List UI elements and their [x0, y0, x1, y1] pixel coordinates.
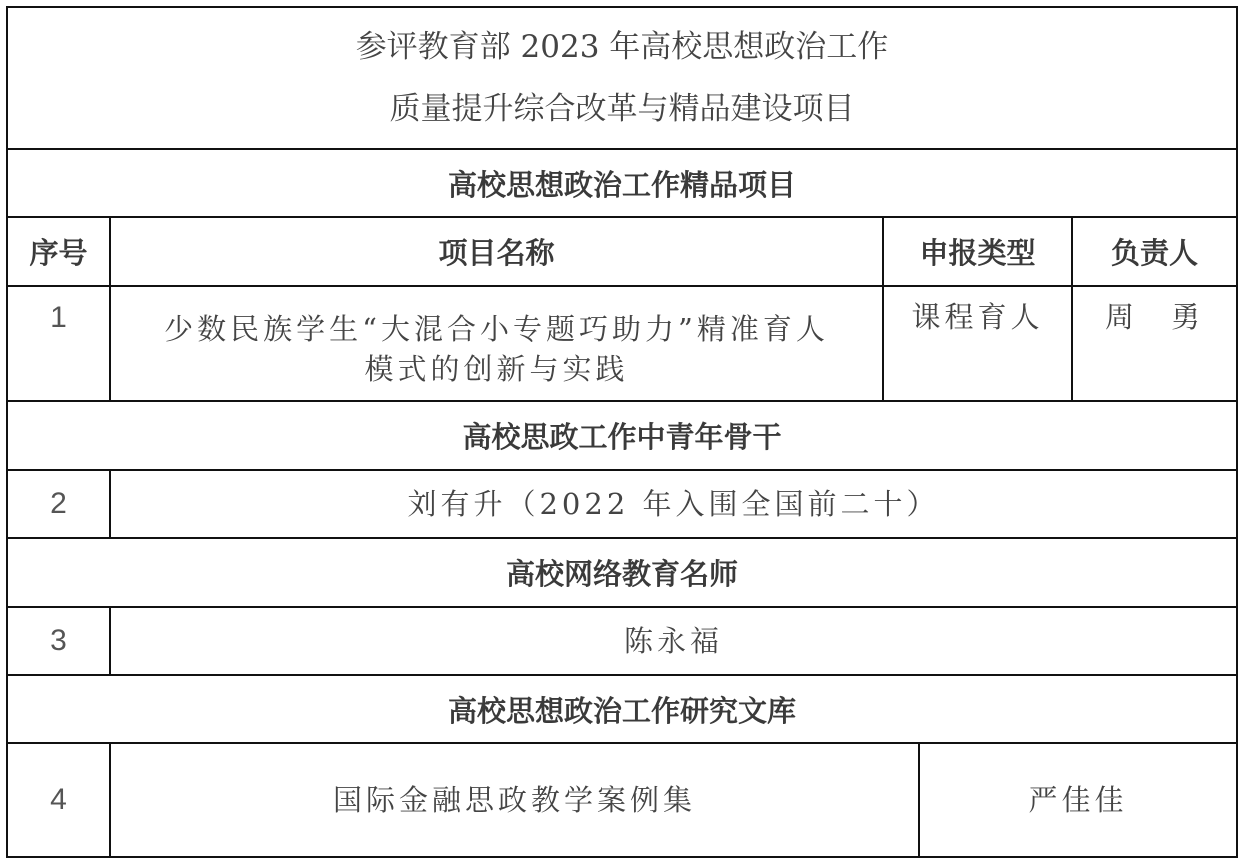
- table-title: 参评教育部 2023 年高校思想政治工作 质量提升综合改革与精品建设项目: [8, 8, 1236, 148]
- section-heading: 高校思想政治工作精品项目: [8, 150, 1236, 216]
- title-line-2: 质量提升综合改革与精品建设项目: [390, 84, 855, 134]
- section-heading: 高校思想政治工作研究文库: [8, 676, 1236, 742]
- section-heading-row: 高校思想政治工作精品项目: [8, 150, 1236, 218]
- row-index: 1: [8, 287, 111, 400]
- column-header-leader: 负责人: [1073, 218, 1236, 285]
- row-index: 4: [8, 744, 111, 856]
- section-heading-row: 高校思想政治工作研究文库: [8, 676, 1236, 744]
- book-title: 国际金融思政教学案例集: [111, 744, 920, 856]
- table-row: 1 少数民族学生“大混合小专题巧助力”精准育人 模式的创新与实践 课程育人 周 …: [8, 287, 1236, 402]
- section-heading: 高校思政工作中青年骨干: [8, 402, 1236, 469]
- project-leader: 周 勇: [1073, 287, 1236, 400]
- project-name-line-2: 模式的创新与实践: [364, 349, 628, 389]
- title-line-1: 参评教育部 2023 年高校思想政治工作: [356, 22, 889, 72]
- person-name: 刘有升（2022 年入围全国前二十）: [111, 471, 1236, 537]
- column-header-name: 项目名称: [111, 218, 884, 285]
- row-index: 3: [8, 608, 111, 674]
- table-title-row: 参评教育部 2023 年高校思想政治工作 质量提升综合改革与精品建设项目: [8, 8, 1236, 150]
- person-name: 陈永福: [111, 608, 1236, 674]
- table-row: 3 陈永福: [8, 608, 1236, 676]
- table-row: 4 国际金融思政教学案例集 严佳佳: [8, 744, 1236, 856]
- project-name-line-1: 少数民族学生“大混合小专题巧助力”精准育人: [164, 309, 829, 349]
- section-heading: 高校网络教育名师: [8, 539, 1236, 606]
- column-header-row: 序号 项目名称 申报类型 负责人: [8, 218, 1236, 287]
- section-heading-row: 高校网络教育名师: [8, 539, 1236, 608]
- column-header-index: 序号: [8, 218, 111, 285]
- project-table: 参评教育部 2023 年高校思想政治工作 质量提升综合改革与精品建设项目 高校思…: [6, 6, 1238, 858]
- book-leader: 严佳佳: [920, 744, 1236, 856]
- section-heading-row: 高校思政工作中青年骨干: [8, 402, 1236, 471]
- column-header-type: 申报类型: [884, 218, 1073, 285]
- table-row: 2 刘有升（2022 年入围全国前二十）: [8, 471, 1236, 539]
- project-name: 少数民族学生“大混合小专题巧助力”精准育人 模式的创新与实践: [111, 287, 884, 400]
- project-type: 课程育人: [884, 287, 1073, 400]
- row-index: 2: [8, 471, 111, 537]
